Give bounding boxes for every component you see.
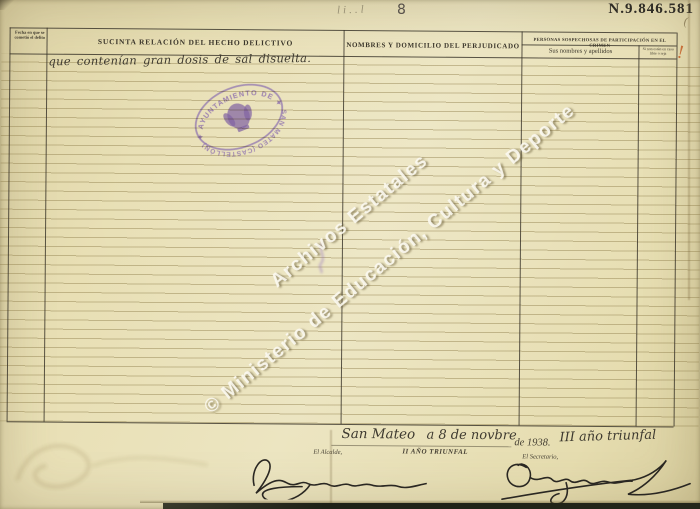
column-header-sucinta: SUCINTA RELACIÓN DEL HECHO DELICTIVO	[48, 36, 344, 47]
alcalde-signature	[246, 451, 431, 500]
form-sheet: Fecha en que se cometió el delito SUCINT…	[0, 0, 700, 509]
column-header-nombres: NOMBRES Y DOMICILIO DEL PERJUDICADO	[345, 41, 522, 50]
column-header-sus-nombres: Sus nombres y apellidos	[522, 47, 638, 55]
table-grid	[2, 0, 700, 3]
handwritten-place: San Mateo	[341, 426, 415, 443]
bleed-through-ghost	[2, 425, 233, 505]
corner-shadow	[0, 0, 15, 10]
bottom-fold-crease	[330, 430, 332, 509]
column-header-fecha: Fecha en que se cometió el delito	[12, 30, 48, 40]
scan-bottom-edge	[163, 503, 700, 509]
column-header-estado: Si non están en casa libre o reja	[640, 47, 675, 56]
right-edge-crease	[688, 0, 690, 300]
printed-year: de 1938.	[514, 437, 550, 448]
handwritten-date: a 8 de novbre	[426, 428, 516, 444]
handwritten-era: III año triunfal	[559, 428, 656, 446]
document-scan: li..l 8 N.9.846.581 ( ! Fecha en que se …	[0, 0, 700, 509]
